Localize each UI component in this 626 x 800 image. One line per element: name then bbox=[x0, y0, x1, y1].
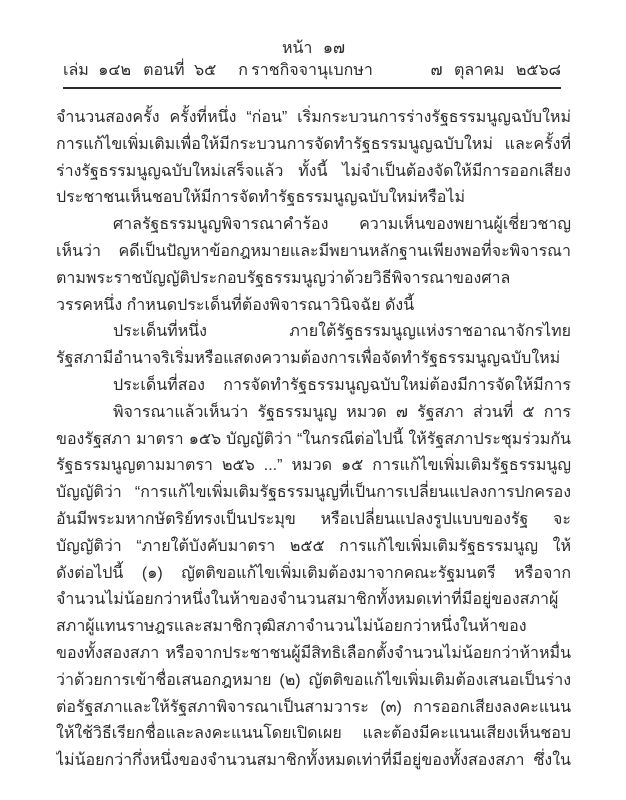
text-line: ประเด็นที่หนึ่ง ภายใต้รัฐธรรมนูญแห่งราชอ… bbox=[56, 319, 571, 346]
header-left-group: เล่ม ๑๔๒ ตอนที่ ๖๕ ก bbox=[63, 60, 251, 82]
text-line: ไม่น้อยกว่ากึ่งหนึ่งของจำนวนสมาชิกทั้งหม… bbox=[56, 748, 571, 775]
text-line: บัญญัติว่า “ภายใต้บังคับมาตรา ๒๕๕ การแก้… bbox=[56, 534, 571, 561]
text-line: ของทั้งสองสภา หรือจากประชาชนผู้มีสิทธิเล… bbox=[56, 641, 571, 668]
paragraph: ศาลรัฐธรรมนูญพิจารณาคำร้อง ความเห็นของพย… bbox=[56, 212, 571, 319]
text-line: อันมีพระมหากษัตริย์ทรงเป็นประมุข หรือเปล… bbox=[56, 507, 571, 534]
text-line: ประเด็นที่สอง การจัดทำรัฐธรรมนูญฉบับใหม่… bbox=[56, 373, 571, 400]
text-line: พิจารณาแล้วเห็นว่า รัฐธรรมนูญ หมวด ๗ รัฐ… bbox=[56, 400, 571, 427]
header-rule bbox=[63, 87, 561, 89]
text-line: รัฐสภามีอำนาจริเริ่มหรือแสดงความต้องการเ… bbox=[56, 346, 571, 373]
text-line: ศาลรัฐธรรมนูญพิจารณาคำร้อง ความเห็นของพย… bbox=[56, 212, 571, 239]
paragraph: ประเด็นที่หนึ่ง ภายใต้รัฐธรรมนูญแห่งราชอ… bbox=[56, 319, 571, 373]
text-line: วรรคหนึ่ง กำหนดประเด็นที่ต้องพิจารณาวินิ… bbox=[56, 293, 571, 320]
issue-label: ตอนที่ ๖๕ bbox=[143, 60, 216, 82]
paragraph: จำนวนสองครั้ง ครั้งที่หนึ่ง “ก่อน” เริ่ม… bbox=[56, 105, 571, 212]
section-letter: ก bbox=[238, 60, 248, 82]
text-line: จำนวนไม่น้อยกว่าหนึ่งในห้าของจำนวนสมาชิก… bbox=[56, 587, 571, 614]
paragraph: พิจารณาแล้วเห็นว่า รัฐธรรมนูญ หมวด ๗ รัฐ… bbox=[56, 400, 571, 775]
text-line: ของรัฐสภา มาตรา ๑๕๖ บัญญัติว่า “ในกรณีต่… bbox=[56, 427, 571, 454]
text-line: เห็นว่า คดีเป็นปัญหาข้อกฎหมายและมีพยานหล… bbox=[56, 239, 571, 266]
text-line: ตามพระราชบัญญัติประกอบรัฐธรรมนูญว่าด้วยว… bbox=[56, 266, 571, 293]
text-line: บัญญัติว่า “การแก้ไขเพิ่มเติมรัฐธรรมนูญท… bbox=[56, 480, 571, 507]
document-body: จำนวนสองครั้ง ครั้งที่หนึ่ง “ก่อน” เริ่ม… bbox=[56, 105, 571, 775]
text-line: ว่าด้วยการเข้าชื่อเสนอกฎหมาย (๒) ญัตติขอ… bbox=[56, 668, 571, 695]
publication-date: ๗ ตุลาคม ๒๕๖๘ bbox=[373, 60, 561, 82]
text-line: ต่อรัฐสภาและให้รัฐสภาพิจารณาเป็นสามวาระ … bbox=[56, 695, 571, 722]
paragraph: ประเด็นที่สอง การจัดทำรัฐธรรมนูญฉบับใหม่… bbox=[56, 373, 571, 400]
text-line: ร่างรัฐธรรมนูญฉบับใหม่เสร็จแล้ว ทั้งนี้ … bbox=[56, 159, 571, 186]
text-line: ประชาชนเห็นชอบให้มีการจัดทำรัฐธรรมนูญฉบั… bbox=[56, 185, 571, 212]
gazette-page: หน้า ๑๗ เล่ม ๑๔๒ ตอนที่ ๖๕ ก ราชกิจจานุเ… bbox=[0, 0, 626, 800]
text-line: จำนวนสองครั้ง ครั้งที่หนึ่ง “ก่อน” เริ่ม… bbox=[56, 105, 571, 132]
page-number-label: หน้า ๑๗ bbox=[56, 38, 571, 60]
text-line: ให้ใช้วิธีเรียกชื่อและลงคะแนนโดยเปิดเผย … bbox=[56, 721, 571, 748]
gazette-title: ราชกิจจานุเบกษา bbox=[251, 60, 373, 82]
gazette-header-row: เล่ม ๑๔๒ ตอนที่ ๖๕ ก ราชกิจจานุเบกษา ๗ ต… bbox=[63, 60, 561, 82]
text-line: การแก้ไขเพิ่มเติมเพื่อให้มีกระบวนการจัดท… bbox=[56, 132, 571, 159]
volume-label: เล่ม ๑๔๒ bbox=[63, 60, 131, 82]
text-line: สภาผู้แทนราษฎรและสมาชิกวุฒิสภาจำนวนไม่น้… bbox=[56, 614, 571, 641]
text-line: รัฐธรรมนูญตามมาตรา ๒๕๖ ...” หมวด ๑๕ การแ… bbox=[56, 453, 571, 480]
text-line: ดังต่อไปนี้ (๑) ญัตติขอแก้ไขเพิ่มเติมต้อ… bbox=[56, 561, 571, 588]
